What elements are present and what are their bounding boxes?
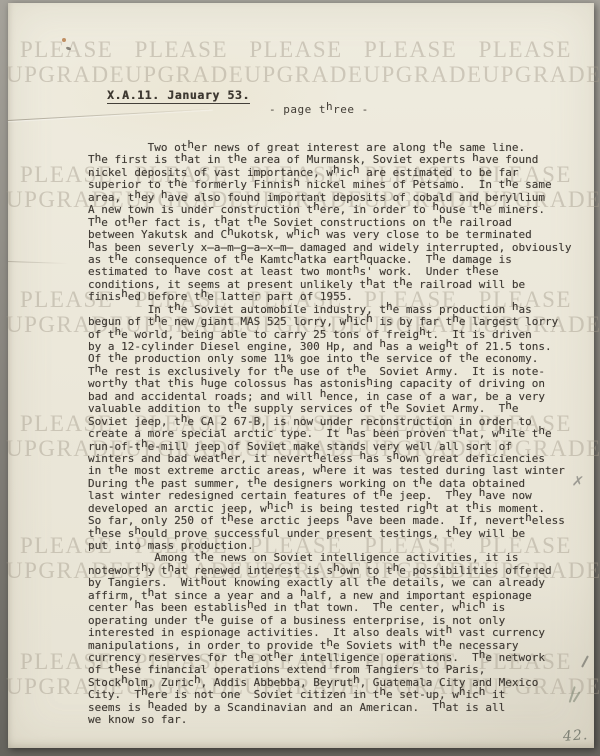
typewritten-line: Of the production only some 11% goe into… bbox=[88, 353, 593, 365]
watermark-upgrade-row: UPGRADEUPGRADEUPGRADEUPGRADEUPGRADE bbox=[6, 62, 578, 88]
typewritten-line: between Yakutsk and Chukotsk, which was … bbox=[88, 229, 593, 241]
document-reference: X.A.11. January 53. bbox=[107, 88, 250, 104]
pencil-cross-mark: ✗ bbox=[571, 473, 585, 490]
watermark-word: UPGRADE bbox=[125, 62, 244, 88]
paper-crease-small bbox=[8, 261, 68, 264]
watermark-word: UPGRADE bbox=[363, 62, 482, 88]
watermark-please-row: PLEASEPLEASEPLEASEPLEASEPLEASE bbox=[20, 37, 572, 63]
watermark-word: PLEASE bbox=[20, 37, 113, 63]
document-body: Two other news of great interest are alo… bbox=[88, 142, 593, 727]
typewritten-line: Among the news on Soviet intelligence ac… bbox=[88, 552, 593, 564]
typewritten-line: by Tangiers. Without knowing exactly all… bbox=[88, 577, 593, 589]
typewritten-line: begun of the new giant MAS 525 lorry, wh… bbox=[88, 316, 593, 328]
watermark-word: PLEASE bbox=[479, 37, 572, 63]
typewritten-line: valuable addition to the supply services… bbox=[88, 403, 593, 415]
typewritten-line: interested in espionage activities. It a… bbox=[88, 627, 593, 639]
typewritten-line: in the most extreme arctic areas, where … bbox=[88, 465, 593, 477]
typewritten-line: we know so far. bbox=[88, 714, 593, 726]
typewritten-line: worthy that this huge colossus has aston… bbox=[88, 378, 593, 390]
typewritten-line: of these financial operations extend fro… bbox=[88, 664, 593, 676]
watermark-word: PLEASE bbox=[135, 37, 228, 63]
typewritten-line: last winter redesigned certain features … bbox=[88, 490, 593, 502]
page-label: - page three - bbox=[269, 103, 369, 116]
scan-background: PLEASEPLEASEPLEASEPLEASEPLEASEUPGRADEUPG… bbox=[0, 0, 600, 756]
typewritten-line: City. There is not one Soviet citizen in… bbox=[88, 689, 593, 701]
watermark-word: PLEASE bbox=[364, 37, 457, 63]
typewritten-line: So far, only 250 of these arctic jeeps h… bbox=[88, 515, 593, 527]
rust-speck bbox=[62, 38, 66, 42]
typewritten-line: create a more special arctic type. It ha… bbox=[88, 428, 593, 440]
typewritten-line: The first is that in the area of Murmans… bbox=[88, 154, 593, 166]
watermark-word: UPGRADE bbox=[483, 62, 600, 88]
paper-page: PLEASEPLEASEPLEASEPLEASEPLEASEUPGRADEUPG… bbox=[8, 3, 594, 748]
watermark-word: PLEASE bbox=[249, 37, 342, 63]
watermark-word: UPGRADE bbox=[244, 62, 363, 88]
typewritten-line: estimated to have cost at least two mont… bbox=[88, 266, 593, 278]
typewritten-line: center has been established in that town… bbox=[88, 602, 593, 614]
typewritten-line: A new town is under construction there, … bbox=[88, 204, 593, 216]
watermark-word: UPGRADE bbox=[6, 62, 125, 88]
handwritten-page-number: 42. bbox=[562, 727, 588, 745]
paper-crease bbox=[8, 109, 213, 121]
